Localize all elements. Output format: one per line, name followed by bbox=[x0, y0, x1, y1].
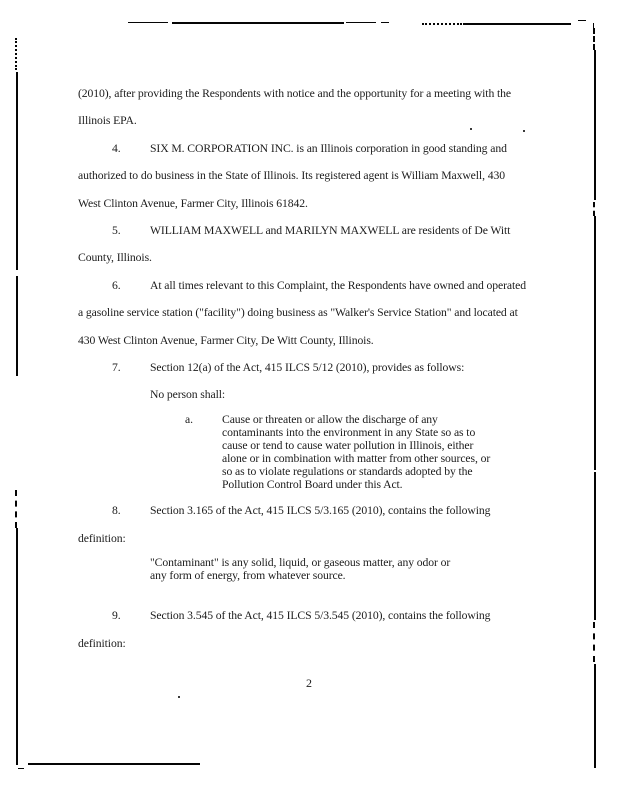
quote-line: a.Cause or threaten or allow the dischar… bbox=[185, 413, 564, 426]
document-line: 9.Section 3.545 of the Act, 415 ILCS 5/3… bbox=[78, 602, 564, 629]
scan-artifact-right-edge bbox=[593, 202, 595, 216]
quote-line: any form of energy, from whatever source… bbox=[150, 569, 564, 582]
scan-artifact-top-dotted-line bbox=[422, 23, 462, 25]
document-line: Illinois EPA. bbox=[78, 107, 564, 134]
document-line: (2010), after providing the Respondents … bbox=[78, 80, 564, 107]
scan-artifact-bottom-line bbox=[28, 763, 200, 765]
scan-speck bbox=[178, 696, 180, 698]
paragraph-number: 5. bbox=[112, 217, 150, 244]
scan-artifact-left-edge bbox=[15, 38, 17, 70]
scan-artifact-top-line bbox=[463, 23, 571, 25]
document-line: a gasoline service station ("facility") … bbox=[78, 299, 564, 326]
page-number: 2 bbox=[0, 676, 618, 691]
scan-artifact-right-edge bbox=[594, 472, 596, 620]
scan-artifact-bottom-mark bbox=[18, 768, 24, 769]
quote-line: Pollution Control Board under this Act. bbox=[222, 478, 564, 491]
document-line: 8.Section 3.165 of the Act, 415 ILCS 5/3… bbox=[78, 497, 564, 524]
paragraph-text: WILLIAM MAXWELL and MARILYN MAXWELL are … bbox=[150, 224, 510, 237]
quote-line: contaminants into the environment in any… bbox=[222, 426, 564, 439]
quote-line: "Contaminant" is any solid, liquid, or g… bbox=[150, 556, 564, 569]
scan-artifact-right-edge bbox=[594, 50, 596, 200]
scan-artifact-left-edge bbox=[15, 490, 17, 528]
document-line: 5.WILLIAM MAXWELL and MARILYN MAXWELL ar… bbox=[78, 217, 564, 244]
paragraph-number: 6. bbox=[112, 272, 150, 299]
scan-artifact-right-edge bbox=[593, 28, 595, 50]
paragraph-number: 9. bbox=[112, 602, 150, 629]
paragraph-number: 4. bbox=[112, 135, 150, 162]
paragraph-text: SIX M. CORPORATION INC. is an Illinois c… bbox=[150, 142, 507, 155]
document-line: definition: bbox=[78, 630, 564, 657]
paragraph-text: Section 12(a) of the Act, 415 ILCS 5/12 … bbox=[150, 361, 464, 374]
scanned-document-page: (2010), after providing the Respondents … bbox=[0, 0, 618, 800]
document-line: 4.SIX M. CORPORATION INC. is an Illinois… bbox=[78, 135, 564, 162]
scan-artifact-left-edge bbox=[16, 276, 18, 376]
document-text: (2010), after providing the Respondents … bbox=[78, 80, 564, 657]
scan-artifact-right-edge bbox=[593, 622, 595, 662]
document-line: definition: bbox=[78, 525, 564, 552]
document-line: 7.Section 12(a) of the Act, 415 ILCS 5/1… bbox=[78, 354, 564, 381]
paragraph-number: 8. bbox=[112, 497, 150, 524]
scan-artifact-top-line bbox=[128, 22, 168, 23]
paragraph-text: At all times relevant to this Complaint,… bbox=[150, 279, 526, 292]
quote-text: Cause or threaten or allow the discharge… bbox=[222, 413, 438, 426]
document-line: 6.At all times relevant to this Complain… bbox=[78, 272, 564, 299]
subparagraph-letter: a. bbox=[185, 413, 222, 426]
document-line: No person shall: bbox=[150, 381, 564, 408]
quote-line: alone or in combination with matter from… bbox=[222, 452, 564, 465]
scan-artifact-left-edge bbox=[16, 528, 18, 765]
scan-artifact-top-line bbox=[346, 22, 376, 23]
document-line: 430 West Clinton Avenue, Farmer City, De… bbox=[78, 327, 564, 354]
document-line: West Clinton Avenue, Farmer City, Illino… bbox=[78, 190, 564, 217]
paragraph-text: Section 3.545 of the Act, 415 ILCS 5/3.5… bbox=[150, 609, 490, 622]
scan-artifact-corner-mark bbox=[578, 20, 586, 21]
scan-artifact-top-line bbox=[172, 22, 344, 24]
paragraph-number: 7. bbox=[112, 354, 150, 381]
scan-artifact-left-edge bbox=[16, 72, 18, 270]
scan-artifact-right-edge bbox=[594, 216, 596, 470]
quote-line: cause or tend to cause water pollution i… bbox=[222, 439, 564, 452]
document-line: County, Illinois. bbox=[78, 244, 564, 271]
quote-line: so as to violate regulations or standard… bbox=[222, 465, 564, 478]
paragraph-text: Section 3.165 of the Act, 415 ILCS 5/3.1… bbox=[150, 504, 490, 517]
scan-artifact-top-line bbox=[381, 22, 389, 23]
document-line: authorized to do business in the State o… bbox=[78, 162, 564, 189]
